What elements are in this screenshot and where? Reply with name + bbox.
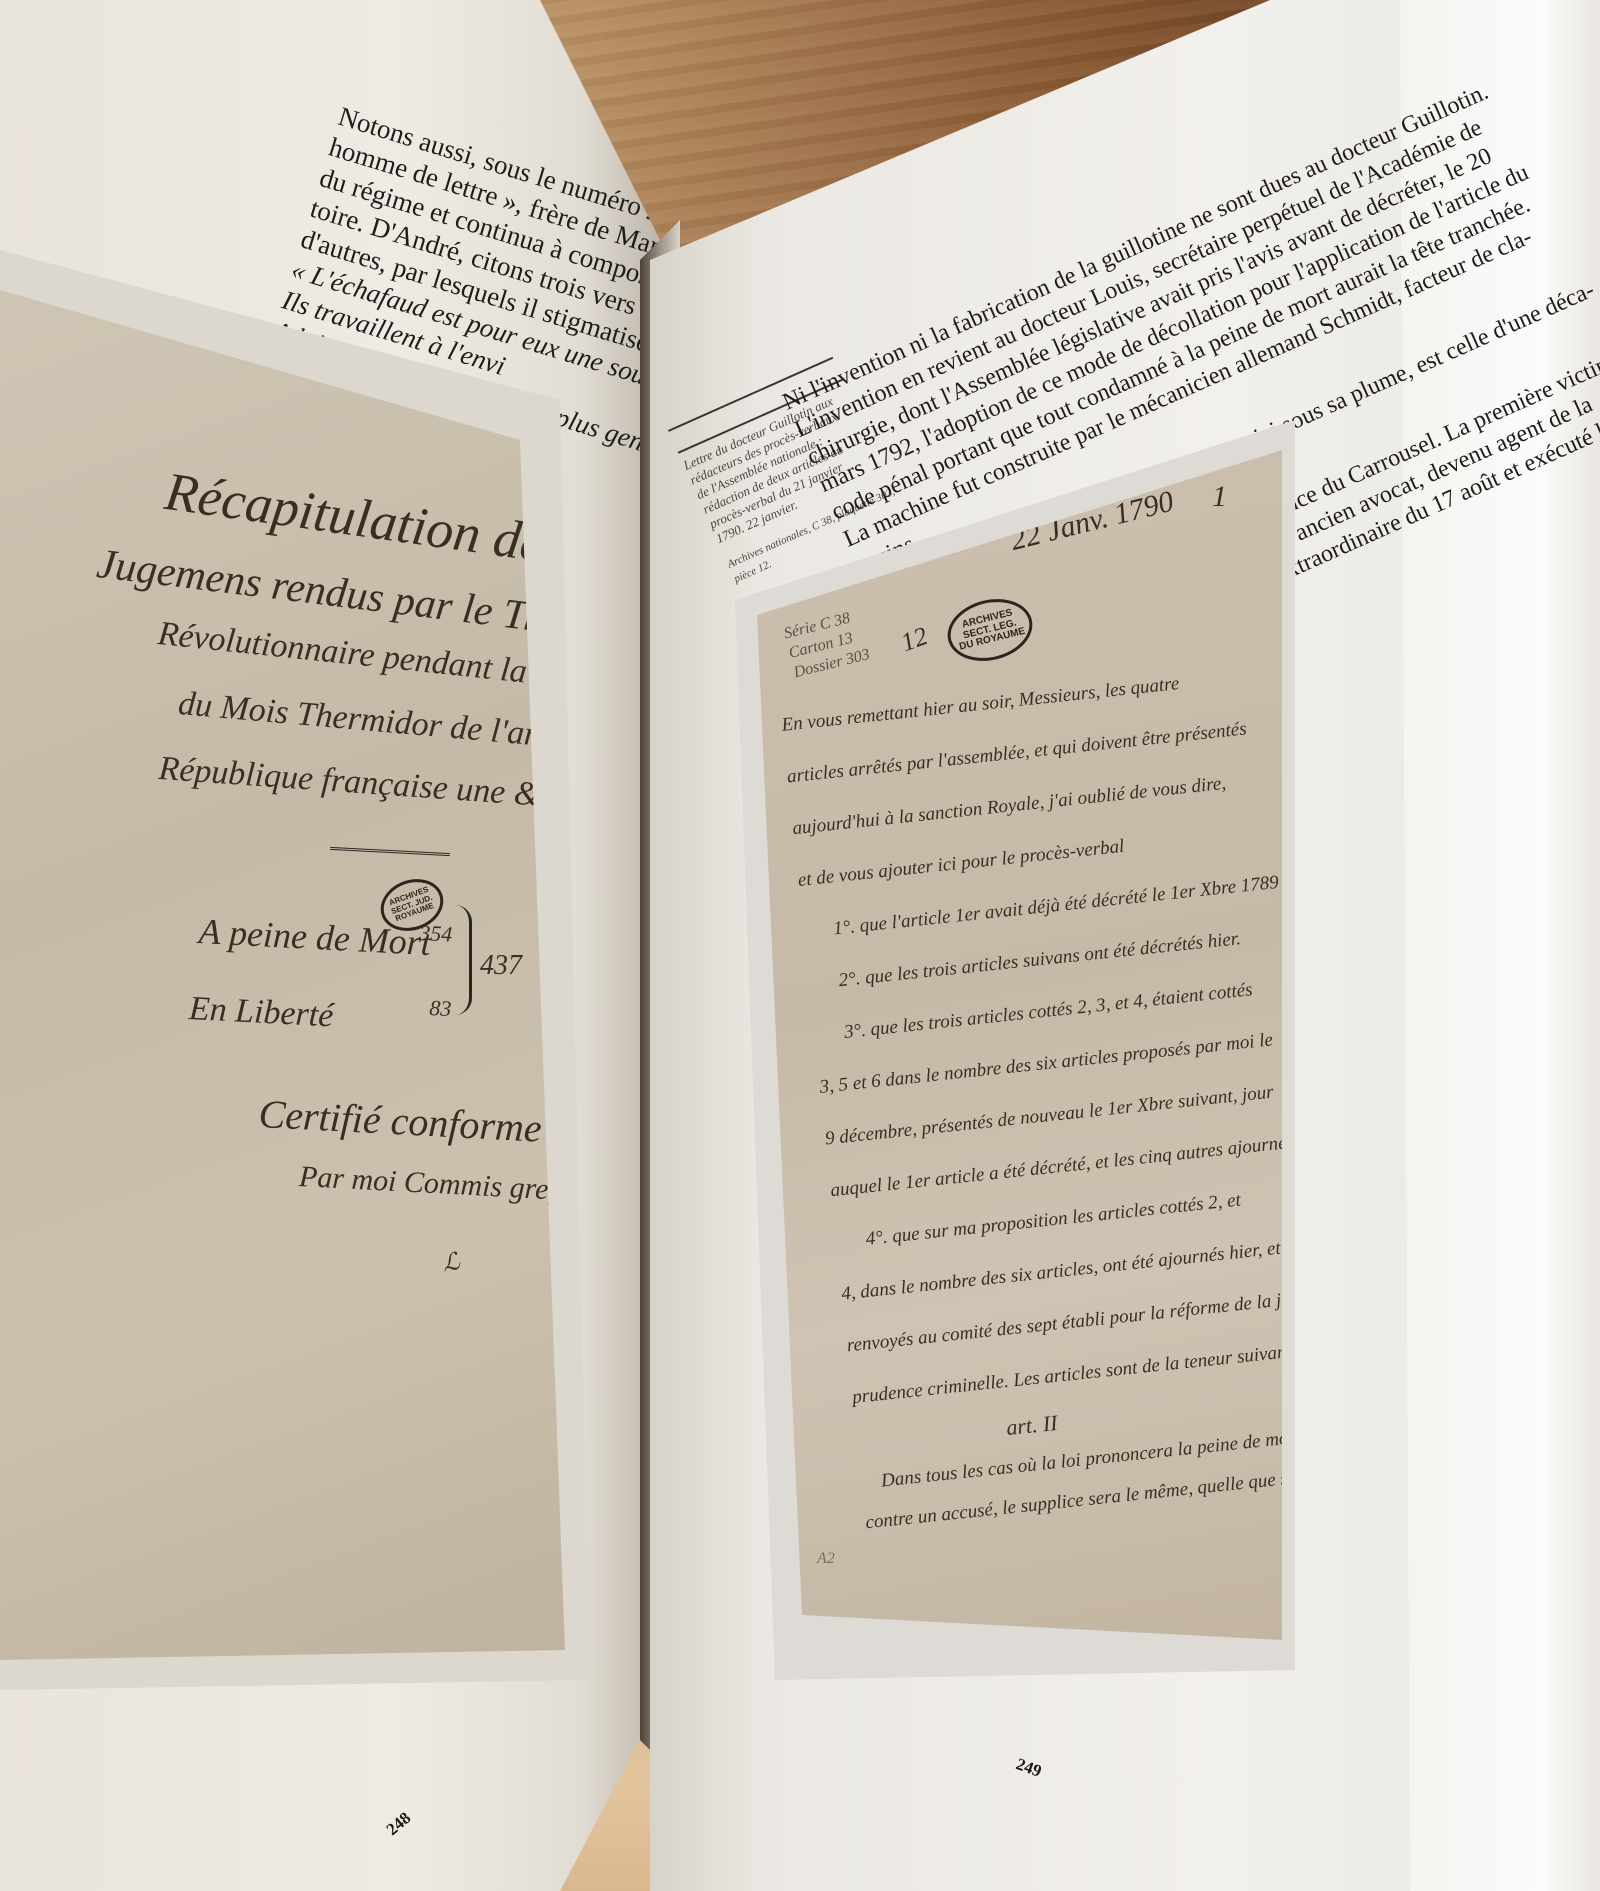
tally-brace	[455, 905, 472, 1015]
left-manuscript: Récapitulation de tous les Jugemens rend…	[0, 290, 567, 1660]
corner-mark: A2	[817, 1550, 835, 1568]
signature: ℒ	[440, 1247, 462, 1279]
left-page: Notons aussi, sous le numéro 222 de cet …	[0, 0, 660, 1891]
item-number: 12	[897, 621, 932, 658]
archive-reference: Série C 38 Carton 13 Dossier 303	[782, 606, 872, 683]
archives-stamp: ARCHIVES SECT. LEG. DU ROYAUME	[941, 590, 1039, 669]
page-number-left: 248	[383, 1808, 415, 1840]
manuscript-body: En vous remettant hier au soir, Messieur…	[779, 648, 1365, 1544]
folio-number: 1	[1212, 480, 1227, 514]
tally-label: En Liberté	[188, 990, 334, 1036]
manuscript-divider	[330, 847, 450, 856]
right-manuscript: 22 Janv. 1790 1 Série C 38 Carton 13 Dos…	[757, 450, 1282, 1640]
tally-value: 83	[429, 995, 452, 1022]
tally-total: 437	[480, 950, 522, 982]
manuscript-title-line: République française une & indivisible	[157, 750, 691, 825]
tally-value: 354	[419, 920, 453, 948]
